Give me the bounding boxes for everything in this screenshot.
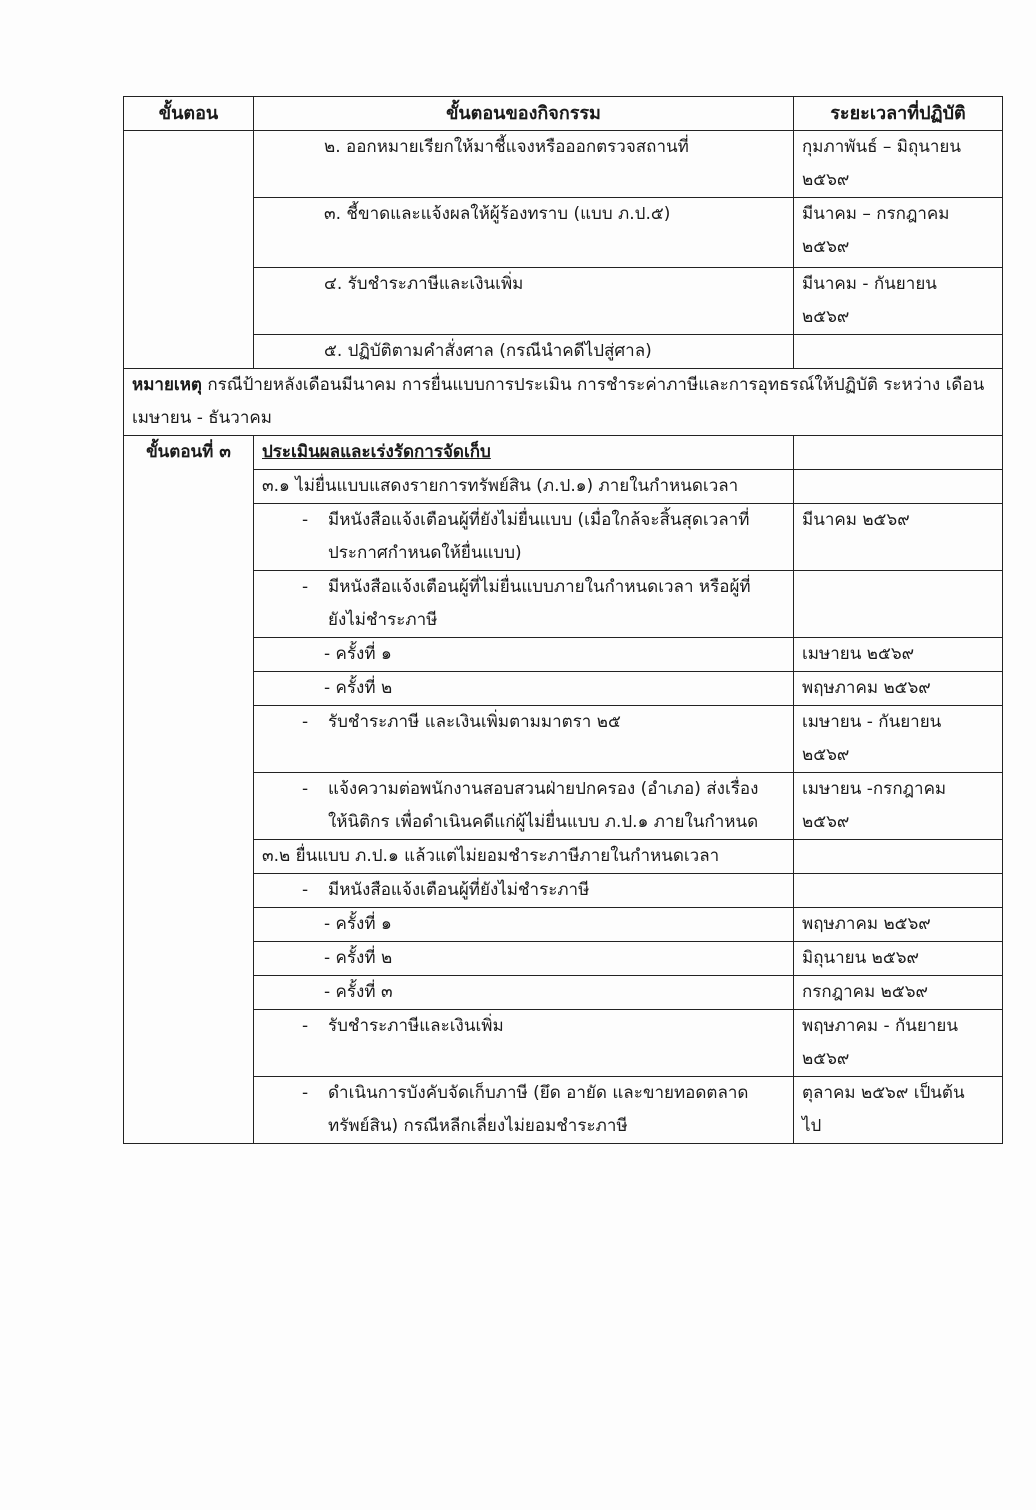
table-row: ๕. ปฏิบัติตามคำสั่งศาล (กรณีนำคดีไปสู่ศา… [124, 335, 1003, 369]
table-row: - ครั้งที่ ๑ พฤษภาคม ๒๕๖๙ [124, 908, 1003, 942]
table-row: - ครั้งที่ ๑ เมษายน ๒๕๖๙ [124, 638, 1003, 672]
table-row: - ครั้งที่ ๓ กรกฎาคม ๒๕๖๙ [124, 976, 1003, 1010]
activity-line: ให้นิติกร เพื่อดำเนินคดีแก่ผู้ไม่ยื่นแบบ… [302, 806, 758, 839]
period-cell: มิถุนายน ๒๕๖๙ [794, 942, 1003, 976]
time-label: - ครั้งที่ ๑ [254, 908, 794, 942]
step-3-label: ขั้นตอนที่ ๓ [124, 436, 254, 1144]
period-line: เมษายน -กรกฎาคม [802, 773, 994, 806]
note-text: กรณีป้ายหลังเดือนมีนาคม การยื่นแบบการประ… [132, 375, 984, 428]
activity-line: ยังไม่ชำระภาษี [302, 604, 437, 637]
time-label: - ครั้งที่ ๑ [254, 638, 794, 672]
period-cell: พฤษภาคม ๒๕๖๙ [794, 672, 1003, 706]
period-cell: พฤษภาคม - กันยายน๒๕๖๙ [794, 1010, 1003, 1077]
table-row: -แจ้งความต่อพนักงานสอบสวนฝ่ายปกครอง (อำเ… [124, 773, 1003, 840]
table-row: -มีหนังสือแจ้งเตือนผู้ที่ยังไม่ชำระภาษี [124, 874, 1003, 908]
activity-cell: -ดำเนินการบังคับจัดเก็บภาษี (ยึด อายัด แ… [254, 1077, 794, 1144]
period-line: ๒๕๖๙ [802, 231, 994, 264]
period-cell [794, 470, 1003, 504]
activity-cell: ๕. ปฏิบัติตามคำสั่งศาล (กรณีนำคดีไปสู่ศา… [254, 335, 794, 369]
dash-bullet: - [302, 874, 328, 907]
activity-cell: -มีหนังสือแจ้งเตือนผู้ที่ยังไม่ยื่นแบบ (… [254, 504, 794, 571]
period-line: มีนาคม – กรกฎาคม [802, 198, 994, 231]
activity-cell: -มีหนังสือแจ้งเตือนผู้ที่ไม่ยื่นแบบภายใน… [254, 571, 794, 638]
table-row: ๓.๒ ยื่นแบบ ภ.ป.๑ แล้วแต่ไม่ยอมชำระภาษีภ… [124, 840, 1003, 874]
header-activity: ขั้นตอนของกิจกรรม [254, 97, 794, 131]
time-label: - ครั้งที่ ๓ [254, 976, 794, 1010]
period-cell: กุมภาพันธ์ – มิถุนายน๒๕๖๙ [794, 131, 1003, 198]
dash-bullet: - [302, 706, 328, 739]
period-line: มีนาคม - กันยายน [802, 268, 994, 301]
period-cell: เมษายน - กันยายน๒๕๖๙ [794, 706, 1003, 773]
activity-line: แจ้งความต่อพนักงานสอบสวนฝ่ายปกครอง (อำเภ… [328, 779, 758, 799]
note-cell: หมายเหตุ กรณีป้ายหลังเดือนมีนาคม การยื่น… [124, 369, 1003, 436]
dash-bullet: - [302, 571, 328, 604]
note-label: หมายเหตุ [132, 375, 202, 395]
period-line: ๒๕๖๙ [802, 1043, 994, 1076]
period-cell: มีนาคม - กันยายน๒๕๖๙ [794, 268, 1003, 335]
period-cell: ตุลาคม ๒๕๖๙ เป็นต้นไป [794, 1077, 1003, 1144]
period-cell [794, 874, 1003, 908]
activity-cell: ๔. รับชำระภาษีและเงินเพิ่ม [254, 268, 794, 335]
table-row: - ครั้งที่ ๒ มิถุนายน ๒๕๖๙ [124, 942, 1003, 976]
dash-bullet: - [302, 1010, 328, 1043]
period-line: เมษายน - กันยายน [802, 706, 994, 739]
table-header-row: ขั้นตอน ขั้นตอนของกิจกรรม ระยะเวลาที่ปฏิ… [124, 97, 1003, 131]
period-cell: เมษายน ๒๕๖๙ [794, 638, 1003, 672]
activity-cell: ๒. ออกหมายเรียกให้มาชี้แจงหรือออกตรวจสถา… [254, 131, 794, 198]
activity-line: ดำเนินการบังคับจัดเก็บภาษี (ยึด อายัด แล… [328, 1083, 748, 1103]
table-row: -ดำเนินการบังคับจัดเก็บภาษี (ยึด อายัด แ… [124, 1077, 1003, 1144]
period-cell [794, 571, 1003, 638]
activity-line: ประกาศกำหนดให้ยื่นแบบ) [302, 537, 522, 570]
period-cell [794, 840, 1003, 874]
dash-bullet: - [302, 1077, 328, 1110]
period-cell [794, 335, 1003, 369]
activity-line: ทรัพย์สิน) กรณีหลีกเลี่ยงไม่ยอมชำระภาษี [302, 1110, 628, 1143]
sub-section-3-1-title: ๓.๑ ไม่ยื่นแบบแสดงรายการทรัพย์สิน (ภ.ป.๑… [254, 470, 794, 504]
table-row: -มีหนังสือแจ้งเตือนผู้ที่ยังไม่ยื่นแบบ (… [124, 504, 1003, 571]
activity-line: มีหนังสือแจ้งเตือนผู้ที่ยังไม่ชำระภาษี [328, 880, 589, 900]
table-row: ๓. ชี้ขาดและแจ้งผลให้ผู้ร้องทราบ (แบบ ภ.… [124, 198, 1003, 268]
time-label: - ครั้งที่ ๒ [254, 942, 794, 976]
period-line: ตุลาคม ๒๕๖๙ เป็นต้น [802, 1077, 994, 1110]
period-line: ๒๕๖๙ [802, 301, 994, 334]
table-row: -มีหนังสือแจ้งเตือนผู้ที่ไม่ยื่นแบบภายใน… [124, 571, 1003, 638]
period-line: พฤษภาคม - กันยายน [802, 1010, 994, 1043]
table-row: ขั้นตอนที่ ๓ ประเมินผลและเร่งรัดการจัดเก… [124, 436, 1003, 470]
period-line: ๒๕๖๙ [802, 806, 994, 839]
table-row: -รับชำระภาษี และเงินเพิ่มตามมาตรา ๒๕ เมษ… [124, 706, 1003, 773]
period-cell: มีนาคม ๒๕๖๙ [794, 504, 1003, 571]
activity-cell: ๓. ชี้ขาดและแจ้งผลให้ผู้ร้องทราบ (แบบ ภ.… [254, 198, 794, 268]
period-line: ไป [802, 1110, 994, 1143]
period-line: ๒๕๖๙ [802, 164, 994, 197]
activity-cell: -มีหนังสือแจ้งเตือนผู้ที่ยังไม่ชำระภาษี [254, 874, 794, 908]
period-cell: พฤษภาคม ๒๕๖๙ [794, 908, 1003, 942]
header-step: ขั้นตอน [124, 97, 254, 131]
period-cell [794, 436, 1003, 470]
activity-line: รับชำระภาษี และเงินเพิ่มตามมาตรา ๒๕ [328, 712, 621, 732]
activity-schedule-table: ขั้นตอน ขั้นตอนของกิจกรรม ระยะเวลาที่ปฏิ… [123, 96, 1003, 1144]
dash-bullet: - [302, 504, 328, 537]
activity-line: รับชำระภาษีและเงินเพิ่ม [328, 1016, 504, 1036]
time-label: - ครั้งที่ ๒ [254, 672, 794, 706]
period-cell: เมษายน -กรกฎาคม๒๕๖๙ [794, 773, 1003, 840]
period-cell: มีนาคม – กรกฎาคม๒๕๖๙ [794, 198, 1003, 268]
header-period: ระยะเวลาที่ปฏิบัติ [794, 97, 1003, 131]
period-cell: กรกฎาคม ๒๕๖๙ [794, 976, 1003, 1010]
table-row: ๓.๑ ไม่ยื่นแบบแสดงรายการทรัพย์สิน (ภ.ป.๑… [124, 470, 1003, 504]
activity-line: มีหนังสือแจ้งเตือนผู้ที่ยังไม่ยื่นแบบ (เ… [328, 510, 749, 530]
activity-cell: -แจ้งความต่อพนักงานสอบสวนฝ่ายปกครอง (อำเ… [254, 773, 794, 840]
activity-line: มีหนังสือแจ้งเตือนผู้ที่ไม่ยื่นแบบภายในก… [328, 577, 751, 597]
period-line: กุมภาพันธ์ – มิถุนายน [802, 131, 994, 164]
dash-bullet: - [302, 773, 328, 806]
activity-cell: -รับชำระภาษีและเงินเพิ่ม [254, 1010, 794, 1077]
table-row: ๒. ออกหมายเรียกให้มาชี้แจงหรือออกตรวจสถา… [124, 131, 1003, 198]
step-cell-empty [124, 131, 254, 369]
period-line: ๒๕๖๙ [802, 739, 994, 772]
table-row: -รับชำระภาษีและเงินเพิ่ม พฤษภาคม - กันยา… [124, 1010, 1003, 1077]
note-row: หมายเหตุ กรณีป้ายหลังเดือนมีนาคม การยื่น… [124, 369, 1003, 436]
step-3-title: ประเมินผลและเร่งรัดการจัดเก็บ [254, 436, 794, 470]
sub-section-3-2-title: ๓.๒ ยื่นแบบ ภ.ป.๑ แล้วแต่ไม่ยอมชำระภาษีภ… [254, 840, 794, 874]
table-row: - ครั้งที่ ๒ พฤษภาคม ๒๕๖๙ [124, 672, 1003, 706]
activity-cell: -รับชำระภาษี และเงินเพิ่มตามมาตรา ๒๕ [254, 706, 794, 773]
table-row: ๔. รับชำระภาษีและเงินเพิ่ม มีนาคม - กันย… [124, 268, 1003, 335]
